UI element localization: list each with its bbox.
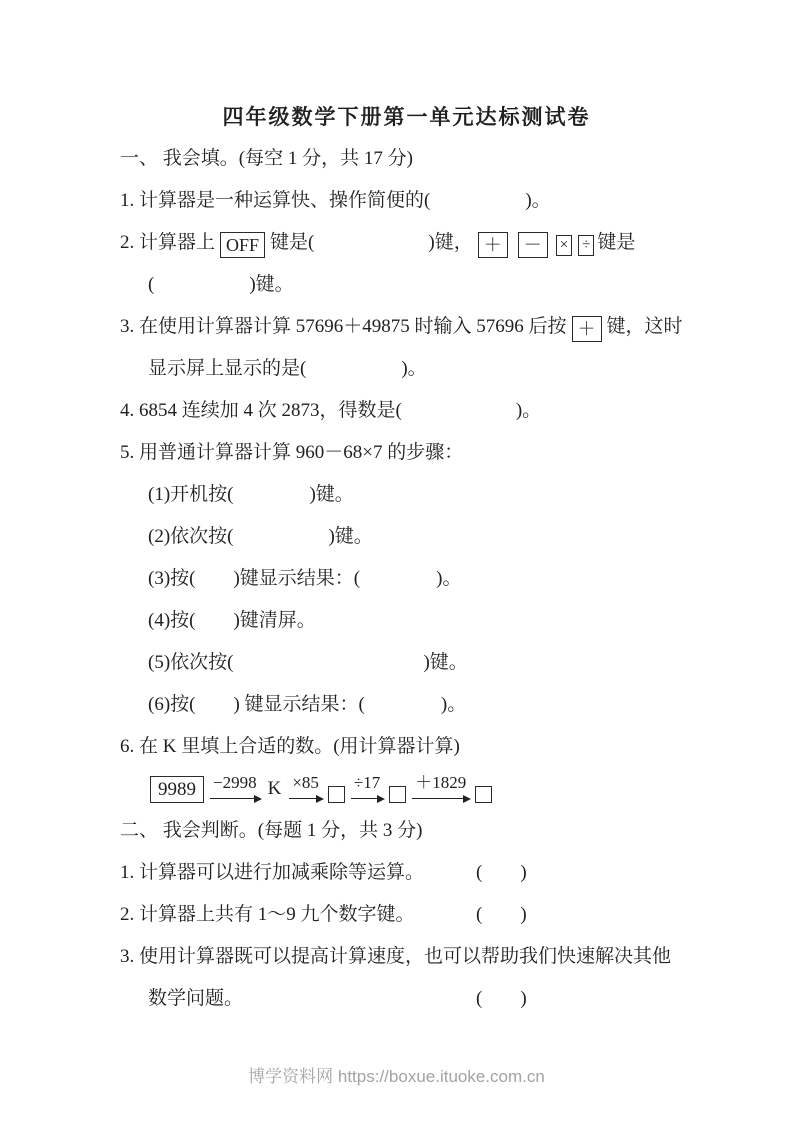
s1-q5-step4: (4)按( )键清屏。: [120, 600, 693, 642]
judgement-blank-2: ( ): [476, 894, 527, 936]
s1-q2-line2: ( )键。: [120, 264, 693, 306]
s1-q1: 1. 计算器是一种运算快、操作简便的( )。: [120, 180, 693, 222]
s2-q3-text: 数学问题。: [148, 988, 243, 1009]
arrow-times-85: ×85: [287, 774, 324, 799]
arrow-shaft-icon: [412, 791, 469, 799]
arrow-label: ×85: [289, 774, 322, 791]
off-key: OFF: [220, 232, 265, 258]
s1-q3-line2: 显示屏上显示的是( )。: [120, 348, 693, 390]
s1-q5-step6: (6)按( ) 键显示结果：( )。: [120, 684, 693, 726]
section2-heading: 二、 我会判断。(每题 1 分，共 3 分): [120, 810, 693, 852]
answer-box-1: [328, 786, 345, 803]
arrow-shaft-icon: [351, 791, 383, 799]
arrow-plus-1829: ＋1829: [410, 774, 471, 799]
s1-q3-line1: 3. 在使用计算器计算 57696＋49875 时输入 57696 后按＋键，这…: [120, 306, 693, 348]
minus-key: －: [518, 232, 548, 258]
k-variable: K: [266, 768, 284, 810]
arrow-label: −2998: [210, 774, 260, 791]
multiply-key: ×: [556, 235, 572, 256]
page-title: 四年级数学下册第一单元达标测试卷: [120, 96, 693, 138]
flow-diagram: 9989 −2998 K ×85 ÷17 ＋1829: [120, 768, 693, 810]
s2-q2-text: 2. 计算器上共有 1～9 九个数字键。: [120, 904, 415, 925]
answer-box-2: [389, 786, 406, 803]
s2-q2: 2. 计算器上共有 1～9 九个数字键。 ( ): [120, 894, 693, 936]
s1-q5-step1: (1)开机按( )键。: [120, 474, 693, 516]
arrow-shaft-icon: [289, 791, 322, 799]
s1-q5-step2: (2)依次按( )键。: [120, 516, 693, 558]
s1-q2-mid: 键是( )键，: [270, 232, 473, 253]
s1-q5-stem: 5. 用普通计算器计算 960－68×7 的步骤：: [120, 432, 693, 474]
test-paper-page: 四年级数学下册第一单元达标测试卷 一、 我会填。(每空 1 分，共 17 分) …: [0, 0, 793, 1122]
s2-q1-text: 1. 计算器可以进行加减乘除等运算。: [120, 862, 424, 883]
section1-heading: 一、 我会填。(每空 1 分，共 17 分): [120, 138, 693, 180]
arrow-shaft-icon: [210, 791, 260, 799]
answer-box-3: [475, 786, 492, 803]
s1-q2-post: 键是: [597, 232, 635, 253]
start-value-box: 9989: [150, 776, 204, 803]
arrow-label: ÷17: [351, 774, 383, 791]
s1-q5-step3: (3)按( )键显示结果：( )。: [120, 558, 693, 600]
s1-q6-stem: 6. 在 K 里填上合适的数。(用计算器计算): [120, 726, 693, 768]
divide-key: ÷: [578, 235, 594, 256]
arrow-divide-17: ÷17: [349, 774, 385, 799]
judgement-blank-1: ( ): [476, 852, 527, 894]
s2-q3-line1: 3. 使用计算器既可以提高计算速度，也可以帮助我们快速解决其他: [120, 936, 693, 978]
plus-key-q3: ＋: [572, 316, 602, 342]
judgement-blank-3: ( ): [476, 978, 527, 1020]
document-body: 四年级数学下册第一单元达标测试卷 一、 我会填。(每空 1 分，共 17 分) …: [0, 0, 793, 1020]
s1-q2-pre: 2. 计算器上: [120, 232, 215, 253]
s1-q3-post: 键，这时: [607, 316, 683, 337]
arrow-minus-2998: −2998: [208, 774, 262, 799]
s1-q3-pre: 3. 在使用计算器计算 57696＋49875 时输入 57696 后按: [120, 316, 567, 337]
s1-q4: 4. 6854 连续加 4 次 2873，得数是( )。: [120, 390, 693, 432]
s2-q3-line2: 数学问题。 ( ): [120, 978, 693, 1020]
footer-watermark: 博学资料网 https://boxue.ituoke.com.cn: [0, 1062, 793, 1092]
s1-q2-line1: 2. 计算器上OFF键是( )键，＋－×÷键是: [120, 222, 693, 264]
s2-q1: 1. 计算器可以进行加减乘除等运算。 ( ): [120, 852, 693, 894]
s1-q5-step5: (5)依次按( )键。: [120, 642, 693, 684]
arrow-label: ＋1829: [412, 774, 469, 791]
plus-key: ＋: [478, 232, 508, 258]
